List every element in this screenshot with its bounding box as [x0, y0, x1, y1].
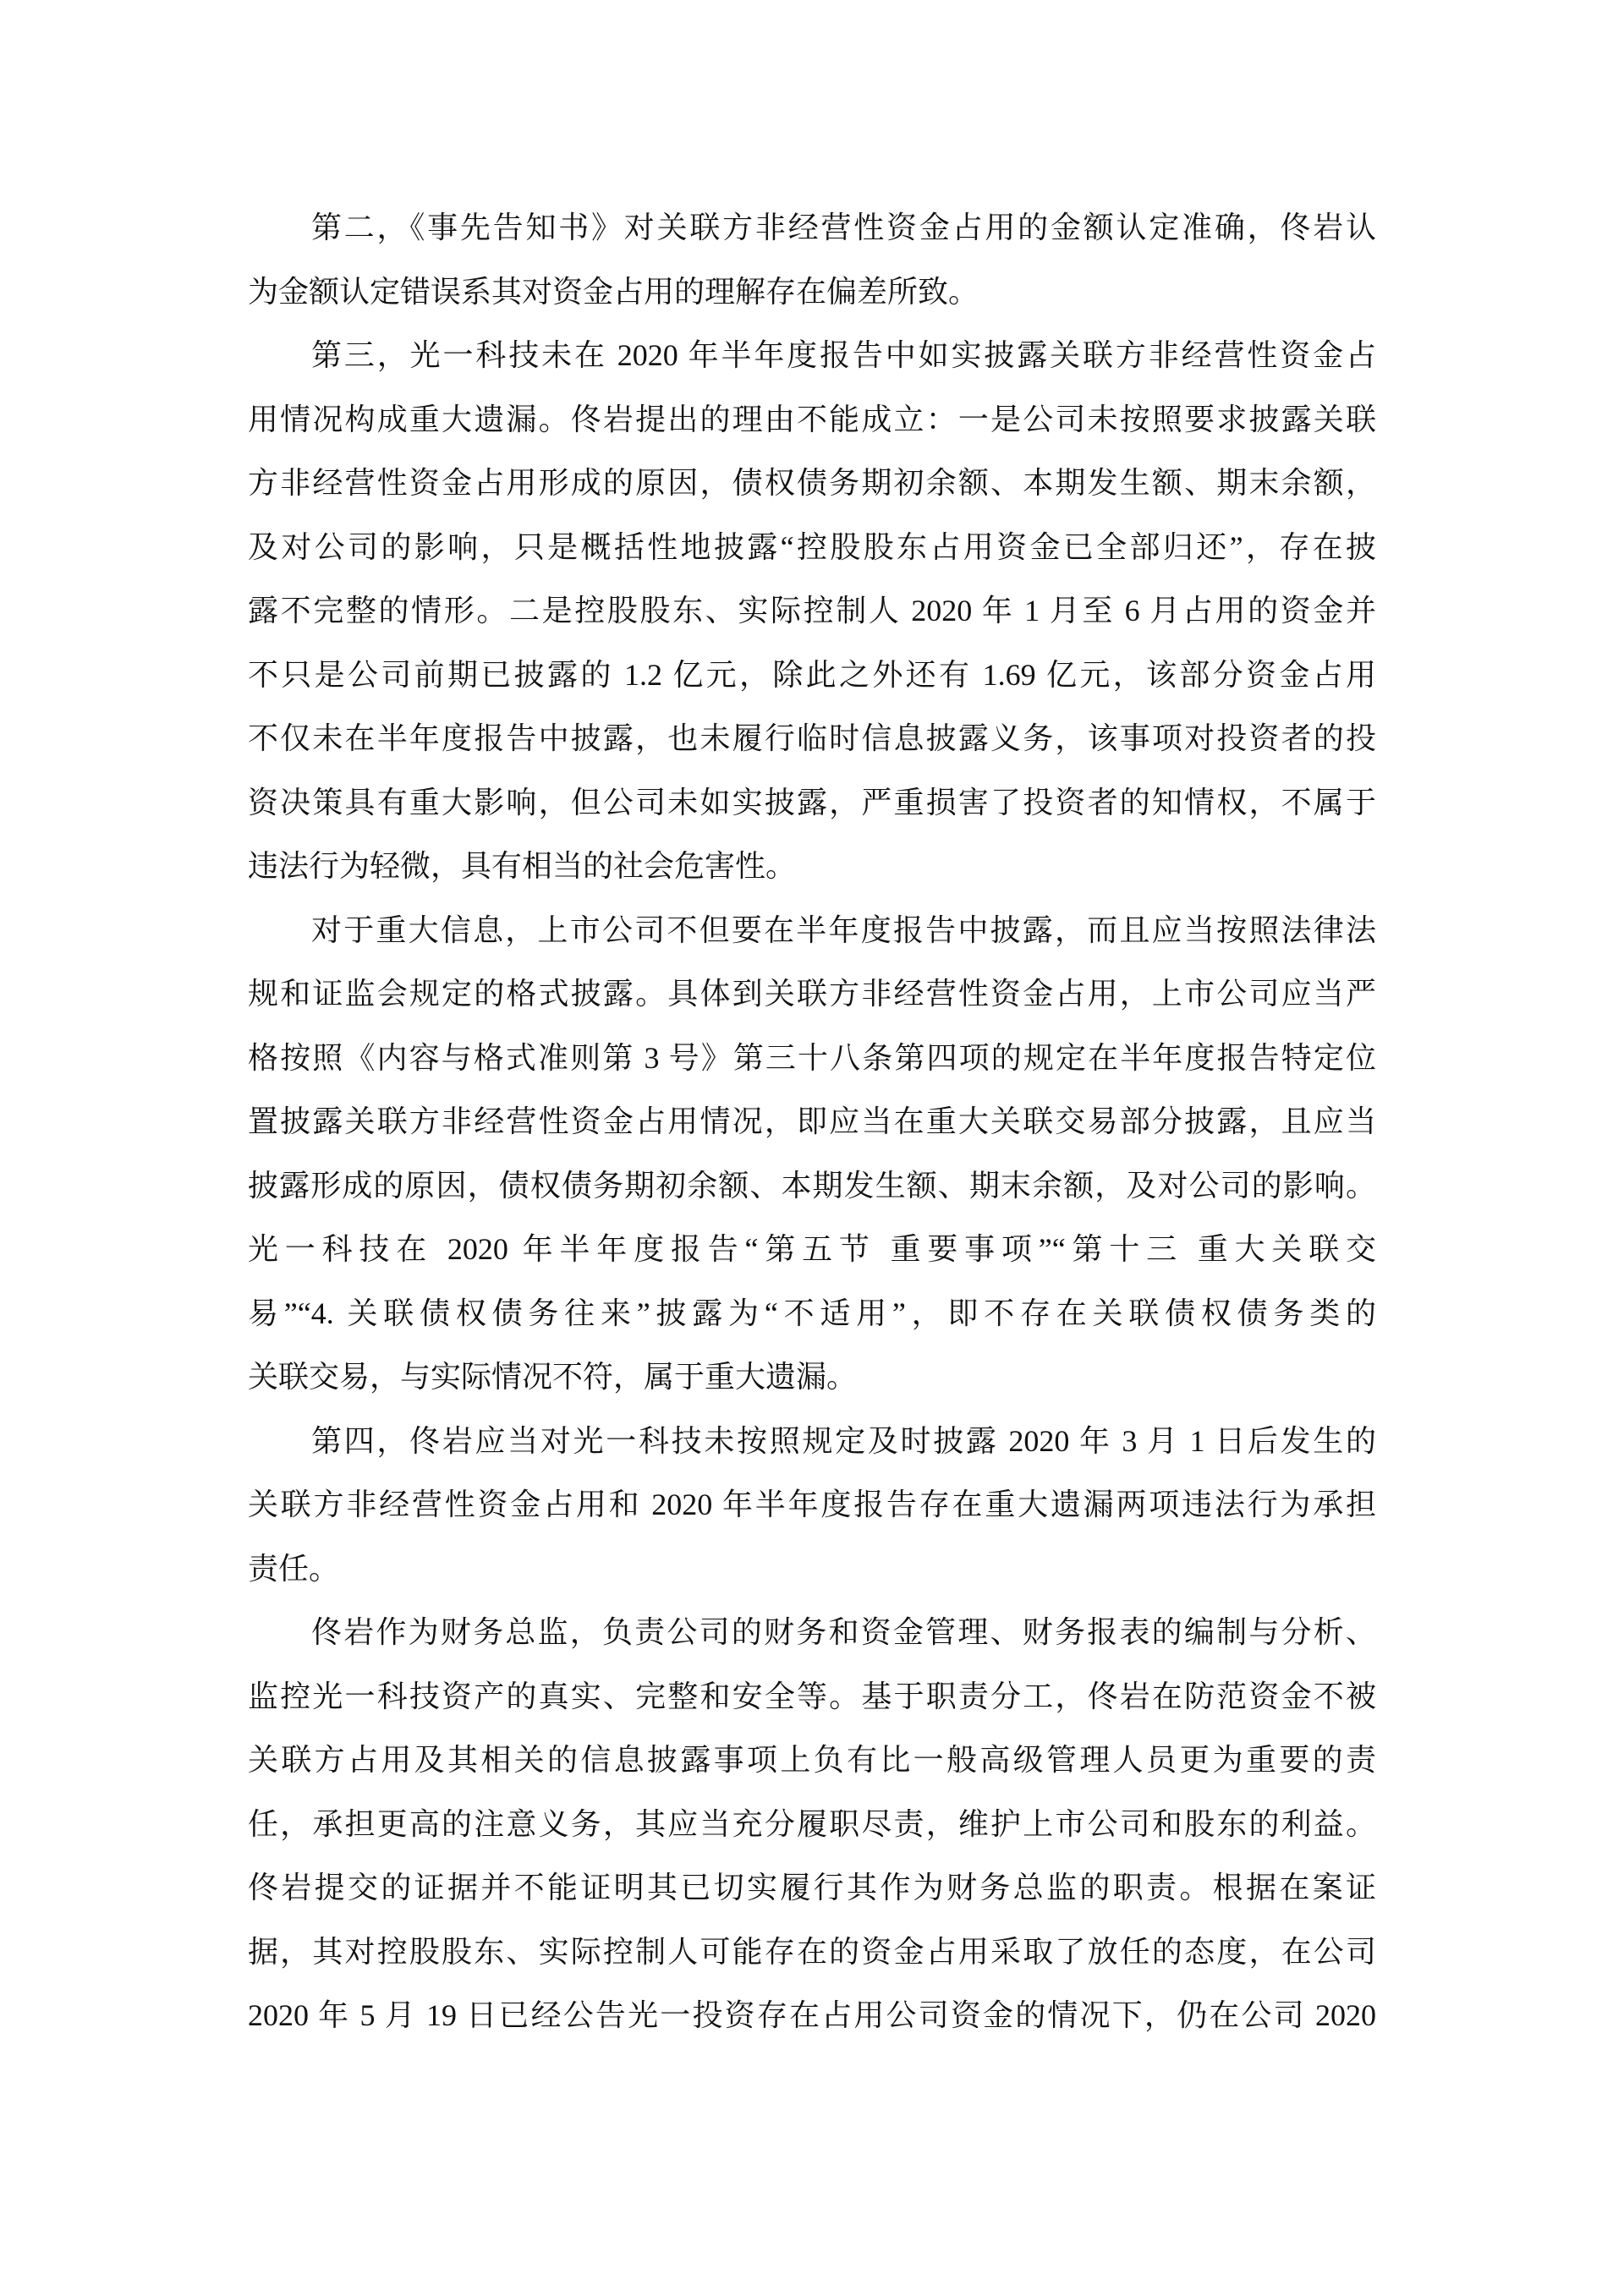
text-line: 格按照《内容与格式准则第 3 号》第三十八条第四项的规定在半年度报告特定位 [248, 1027, 1376, 1091]
text-line: 不只是公司前期已披露的 1.2 亿元，除此之外还有 1.69 亿元，该部分资金占… [248, 644, 1376, 708]
document-page: 第二，《事先告知书》对关联方非经营性资金占用的金额认定准确，佟岩认 为金额认定错… [0, 0, 1624, 2296]
text-line: 佟岩作为财务总监，负责公司的财务和资金管理、财务报表的编制与分析、 [248, 1601, 1376, 1665]
text-line: 第二，《事先告知书》对关联方非经营性资金占用的金额认定准确，佟岩认 [248, 196, 1376, 260]
text-line: 违法行为轻微，具有相当的社会危害性。 [248, 835, 1376, 899]
text-line: 方非经营性资金占用形成的原因，债权债务期初余额、本期发生额、期末余额， [248, 452, 1376, 516]
text-line: 规和证监会规定的格式披露。具体到关联方非经营性资金占用，上市公司应当严 [248, 962, 1376, 1027]
text-line: 任，承担更高的注意义务，其应当充分履职尽责，维护上市公司和股东的利益。 [248, 1793, 1376, 1857]
text-line: 2020 年 5 月 19 日已经公告光一投资存在占用公司资金的情况下，仍在公司… [248, 1984, 1376, 2048]
paragraph-fourth-point: 第四，佟岩应当对光一科技未按照规定及时披露 2020 年 3 月 1 日后发生的… [248, 1410, 1376, 1602]
text-line: 责任。 [248, 1537, 1376, 1602]
text-line: 易”“4. 关联债权债务往来”披露为“不适用”，即不存在关联债权债务类的 [248, 1282, 1376, 1346]
text-line: 披露形成的原因，债权债务期初余额、本期发生额、期末余额，及对公司的影响。 [248, 1154, 1376, 1219]
text-line: 关联方非经营性资金占用和 2020 年半年度报告存在重大遗漏两项违法行为承担 [248, 1473, 1376, 1537]
text-line: 佟岩提交的证据并不能证明其已切实履行其作为财务总监的职责。根据在案证 [248, 1856, 1376, 1921]
text-line: 关联方占用及其相关的信息披露事项上负有比一般高级管理人员更为重要的责 [248, 1729, 1376, 1793]
text-line: 不仅未在半年度报告中披露，也未履行临时信息披露义务，该事项对投资者的投 [248, 707, 1376, 771]
text-line: 及对公司的影响，只是概括性地披露“控股股东占用资金已全部归还”，存在披 [248, 516, 1376, 580]
text-line: 第三，光一科技未在 2020 年半年度报告中如实披露关联方非经营性资金占 [248, 324, 1376, 388]
text-line: 置披露关联方非经营性资金占用情况，即应当在重大关联交易部分披露，且应当 [248, 1090, 1376, 1154]
paragraph-second-point: 第二，《事先告知书》对关联方非经营性资金占用的金额认定准确，佟岩认 为金额认定错… [248, 196, 1376, 324]
document-body: 第二，《事先告知书》对关联方非经营性资金占用的金额认定准确，佟岩认 为金额认定错… [248, 196, 1376, 2048]
paragraph-third-point: 第三，光一科技未在 2020 年半年度报告中如实披露关联方非经营性资金占 用情况… [248, 324, 1376, 899]
text-line: 露不完整的情形。二是控股股东、实际控制人 2020 年 1 月至 6 月占用的资… [248, 579, 1376, 644]
paragraph-cfo-responsibility: 佟岩作为财务总监，负责公司的财务和资金管理、财务报表的编制与分析、 监控光一科技… [248, 1601, 1376, 2048]
text-line: 第四，佟岩应当对光一科技未按照规定及时披露 2020 年 3 月 1 日后发生的 [248, 1410, 1376, 1474]
text-line: 光一科技在 2020 年半年度报告“第五节 重要事项”“第十三 重大关联交 [248, 1218, 1376, 1282]
text-line: 据，其对控股股东、实际控制人可能存在的资金占用采取了放任的态度，在公司 [248, 1921, 1376, 1985]
text-line: 用情况构成重大遗漏。佟岩提出的理由不能成立：一是公司未按照要求披露关联 [248, 388, 1376, 452]
text-line: 关联交易，与实际情况不符，属于重大遗漏。 [248, 1345, 1376, 1410]
text-line: 资决策具有重大影响，但公司未如实披露，严重损害了投资者的知情权，不属于 [248, 771, 1376, 836]
text-line: 监控光一科技资产的真实、完整和安全等。基于职责分工，佟岩在防范资金不被 [248, 1665, 1376, 1729]
text-line: 对于重大信息，上市公司不但要在半年度报告中披露，而且应当按照法律法 [248, 899, 1376, 963]
text-line: 为金额认定错误系其对资金占用的理解存在偏差所致。 [248, 260, 1376, 325]
paragraph-major-information: 对于重大信息，上市公司不但要在半年度报告中披露，而且应当按照法律法 规和证监会规… [248, 899, 1376, 1410]
